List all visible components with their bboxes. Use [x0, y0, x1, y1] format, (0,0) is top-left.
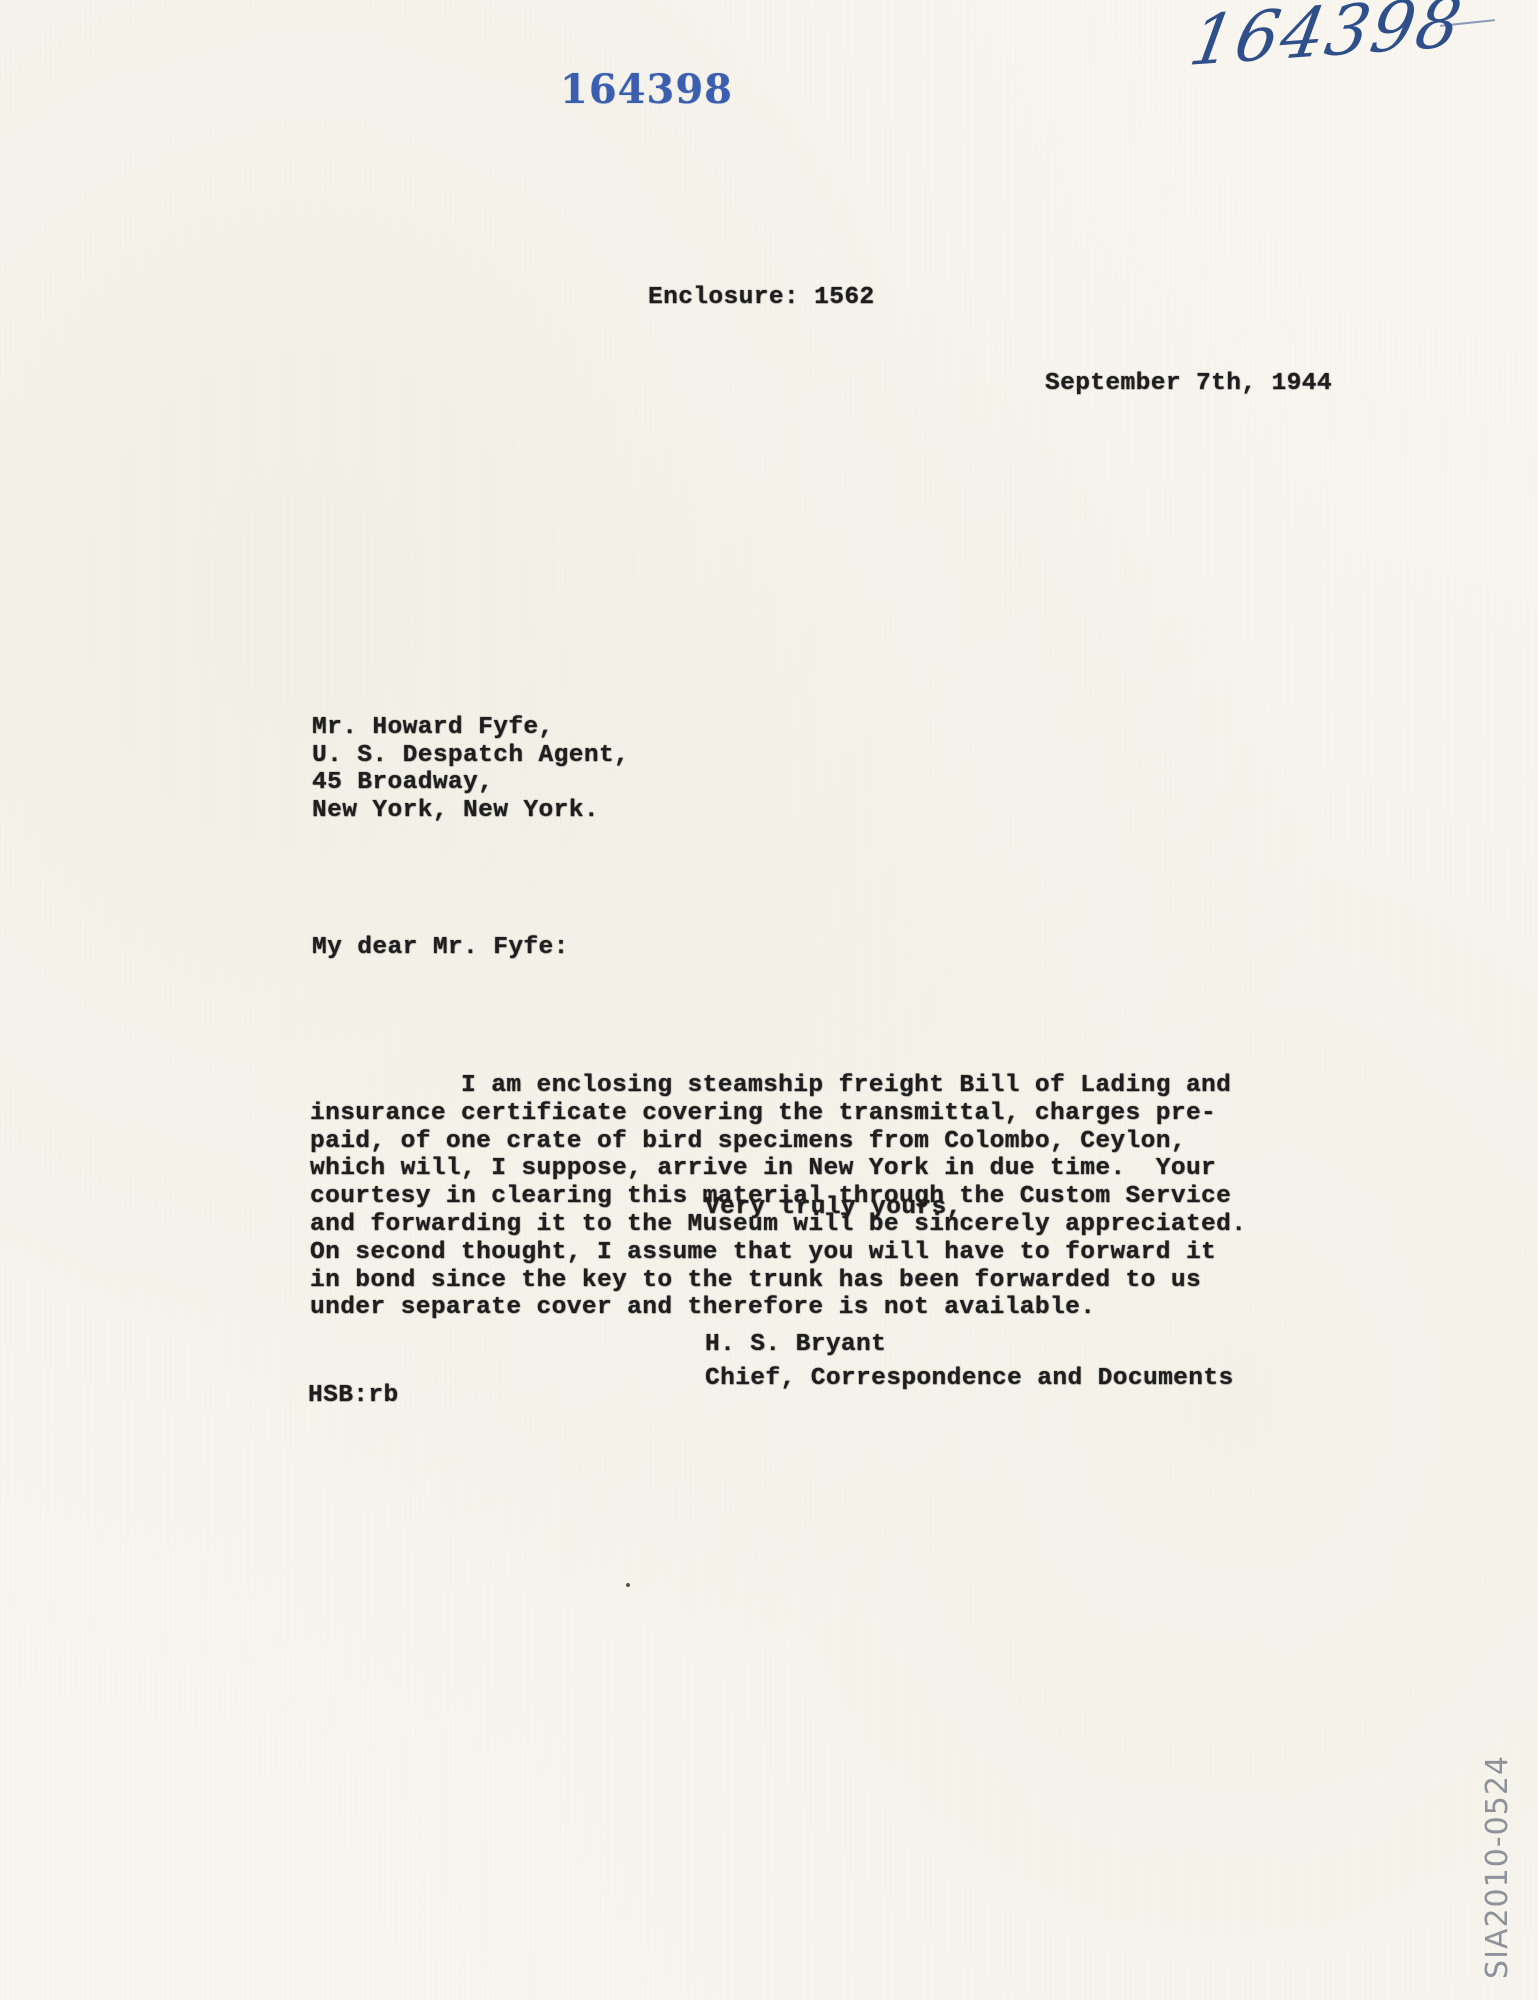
signature-block: H. S. Bryant Chief, Correspondence and D… [705, 1328, 1234, 1396]
body-line: insurance certificate covering the trans… [310, 1100, 1246, 1128]
body-line: paid, of one crate of bird specimens fro… [310, 1128, 1246, 1156]
recipient-address: Mr. Howard Fyfe, U. S. Despatch Agent, 4… [312, 714, 629, 824]
address-line: U. S. Despatch Agent, [312, 742, 629, 770]
handwritten-accession-number: 164398 [1184, 0, 1469, 82]
salutation: My dear Mr. Fyfe: [312, 934, 569, 961]
signer-name: H. S. Bryant [705, 1328, 1234, 1362]
body-line: in bond since the key to the trunk has b… [310, 1267, 1246, 1295]
ink-speck [626, 1583, 630, 1587]
archive-id-pencil: SIA2010-0524 [1480, 1755, 1515, 1979]
reference-initials: HSB:rb [308, 1382, 399, 1409]
closing: Very truly yours, [705, 1194, 962, 1221]
enclosure-line: Enclosure: 1562 [648, 284, 875, 311]
address-line: 45 Broadway, [312, 769, 629, 797]
signer-title: Chief, Correspondence and Documents [705, 1362, 1234, 1396]
body-line: which will, I suppose, arrive in New Yor… [310, 1155, 1246, 1183]
body-line: under separate cover and therefore is no… [310, 1294, 1246, 1322]
body-line: I am enclosing steamship freight Bill of… [310, 1072, 1246, 1100]
accession-number-stamp: 164398 [560, 66, 733, 113]
address-line: New York, New York. [312, 797, 629, 825]
body-line: On second thought, I assume that you wil… [310, 1239, 1246, 1267]
address-line: Mr. Howard Fyfe, [312, 714, 629, 742]
letter-date: September 7th, 1944 [1045, 370, 1332, 397]
